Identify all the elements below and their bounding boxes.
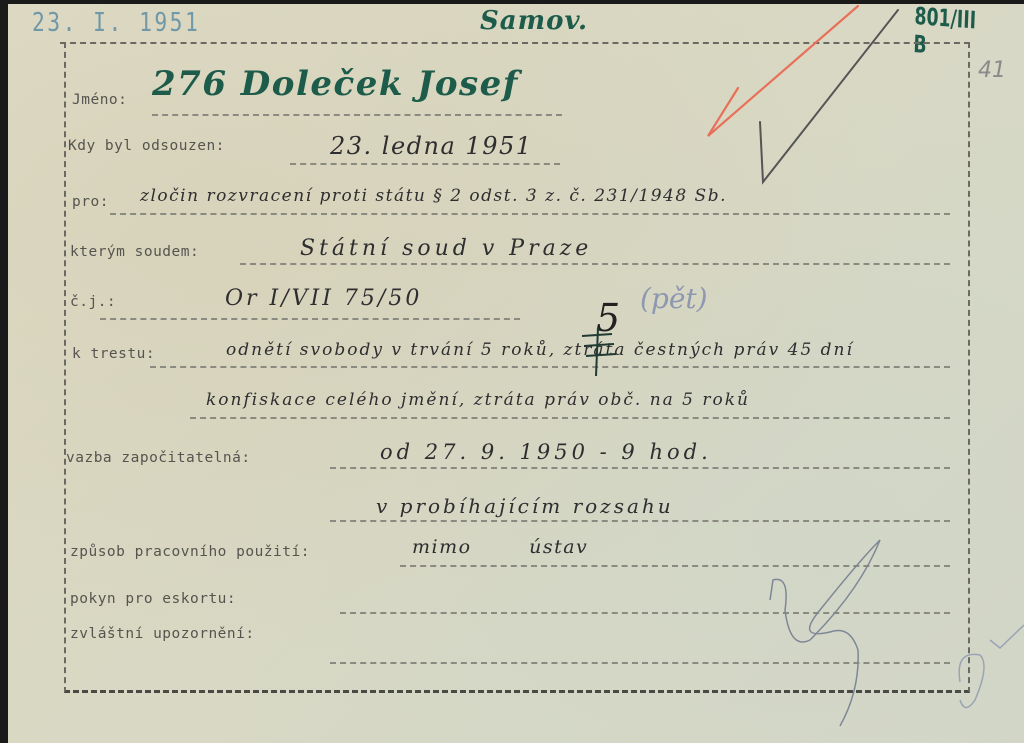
date-stamp: 23. I. 1951 xyxy=(32,8,200,38)
label-sentenced-date: Kdy byl odsouzen: xyxy=(68,138,225,154)
line-custody-continued xyxy=(330,520,950,522)
value-court: Státní soud v Praze xyxy=(300,236,592,261)
label-case-number: č.j.: xyxy=(70,294,116,310)
line-custody xyxy=(330,467,950,469)
label-escort-instruction: pokyn pro eskortu: xyxy=(70,591,236,607)
line-sentence-continued xyxy=(190,417,950,419)
label-offense: pro: xyxy=(72,194,109,210)
line-case-number xyxy=(100,318,520,320)
value-custody: od 27. 9. 1950 - 9 hod. xyxy=(380,440,712,464)
value-work-assignment: mimo ústav xyxy=(412,536,588,558)
place-note: Samov. xyxy=(480,6,588,36)
label-special-notice: zvláštní upozornění: xyxy=(70,626,255,642)
value-sentence: odnětí svobody v trvání 5 roků, ztráta č… xyxy=(226,340,854,360)
label-custody: vazba započitatelná: xyxy=(66,450,251,466)
line-special-notice xyxy=(330,662,950,664)
correction-word: (pět) xyxy=(640,282,708,315)
line-offense xyxy=(110,213,950,215)
line-sentence xyxy=(150,366,950,368)
correction-five: 5 xyxy=(596,296,620,340)
line-court xyxy=(240,263,950,265)
line-work-assignment xyxy=(400,565,950,567)
value-case-number: Or I/VII 75/50 xyxy=(225,286,422,311)
label-court: kterým soudem: xyxy=(70,244,199,260)
page-number: 41 xyxy=(978,58,1006,83)
line-escort-instruction xyxy=(340,612,950,614)
value-sentence-continued: konfiskace celého jmění, ztráta práv obč… xyxy=(206,390,750,410)
line-sentenced-date xyxy=(290,163,560,165)
label-work-assignment: způsob pracovního použití: xyxy=(70,544,310,560)
label-sentence: k trestu: xyxy=(72,346,155,362)
line-name xyxy=(152,114,562,116)
value-custody-continued: v probíhajícím rozsahu xyxy=(376,494,674,518)
value-sentenced-date: 23. ledna 1951 xyxy=(330,132,533,160)
label-name: Jméno: xyxy=(72,92,127,108)
value-offense: zločin rozvracení proti státu § 2 odst. … xyxy=(140,186,727,206)
value-name: 276 Doleček Josef xyxy=(152,64,519,104)
